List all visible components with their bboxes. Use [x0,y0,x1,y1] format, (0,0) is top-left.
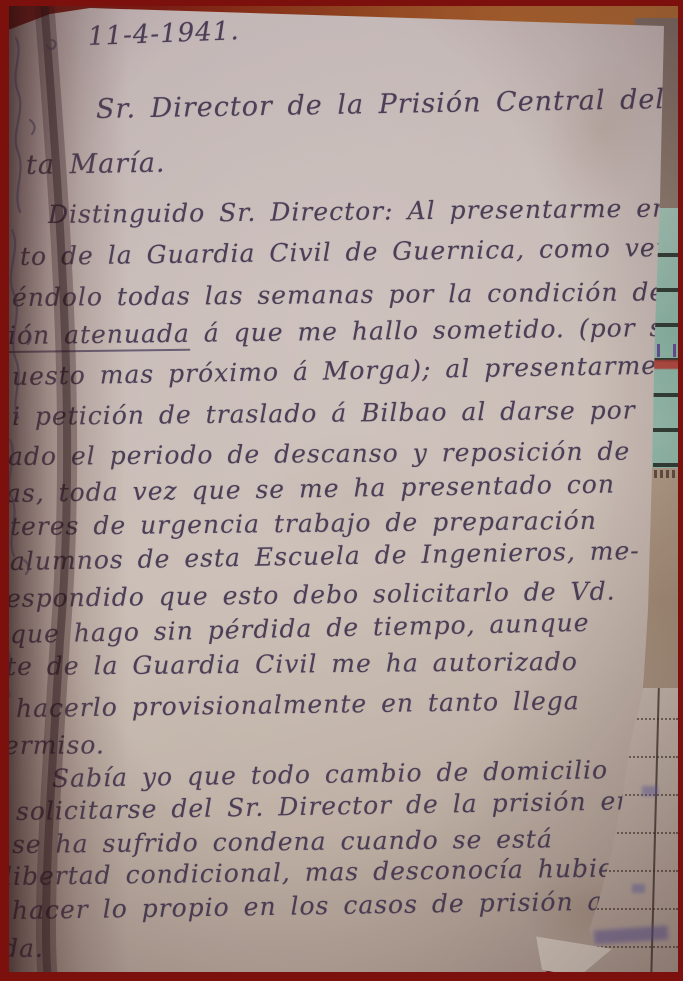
handwritten-line: libertad condicional, mas desconocía hub… [4,853,643,891]
small-dark-mark [648,470,675,478]
date-line: 11-4-1941. [87,16,240,52]
red-ink-band [651,360,680,369]
handwritten-line: te de la Guardia Civil me ha autorizado [6,647,578,681]
paper-stain [545,55,655,205]
blue-stamp-smudge [594,925,669,944]
handwritten-line: hacerlo provisionalmente en tanto llega [16,686,580,723]
heading-line: Sr. Director de la Prisión Central del P… [96,82,683,125]
handwritten-line: que hago sin pérdida de tiempo, aunque [10,608,590,649]
handwritten-line: solicitarse del Sr. Director de la prisi… [16,786,634,826]
underlined-word: ión atenuada [8,319,190,353]
handwritten-line: teres de urgencia trabajo de preparación [10,506,597,541]
handwritten-line: hacer lo propio en los casos de prisión … [12,886,640,925]
handwritten-line: i petición de traslado á Bilbao al darse… [12,395,636,431]
handwritten-line: Distinguido Sr. Director: Al presentarme… [48,193,670,229]
handwritten-line-underlined: ión atenuada á que me hallo sometido. (p… [8,313,683,350]
photo-of-handwritten-letter: 11-4-1941. Sr. Director de la Prisión Ce… [0,0,683,981]
handwritten-line: ado el periodo de descanso y reposición … [8,437,630,471]
handwritten-line: ermiso. [4,730,105,760]
faint-blue-figure [642,786,658,796]
handwritten-line: alumnos de esta Escuela de Ingenieros, m… [10,536,640,576]
dotted-rule-line [586,908,678,910]
handwritten-line: to de la Guardia Civil de Guernica, como… [20,232,683,271]
letter-page: 11-4-1941. Sr. Director de la Prisión Ce… [0,0,683,981]
handwritten-line: uesto mas próximo á Morga); al presentar… [12,351,658,391]
handwritten-line: espondido que esto debo solicitarlo de V… [6,577,616,613]
handwritten-line: as, toda vez que se me ha presentado con [6,469,615,508]
handwritten-line: éndolo todas las semanas por la condició… [12,277,666,312]
handwritten-line: da. [2,934,44,963]
faint-blue-figure [632,884,645,893]
purple-ink-mark [657,344,676,357]
handwritten-line: se ha sufrido condena cuando se está [12,824,553,859]
heading-line: ta María. [26,148,166,181]
line-rest: á que me hallo sometido. (por se- [190,313,683,348]
